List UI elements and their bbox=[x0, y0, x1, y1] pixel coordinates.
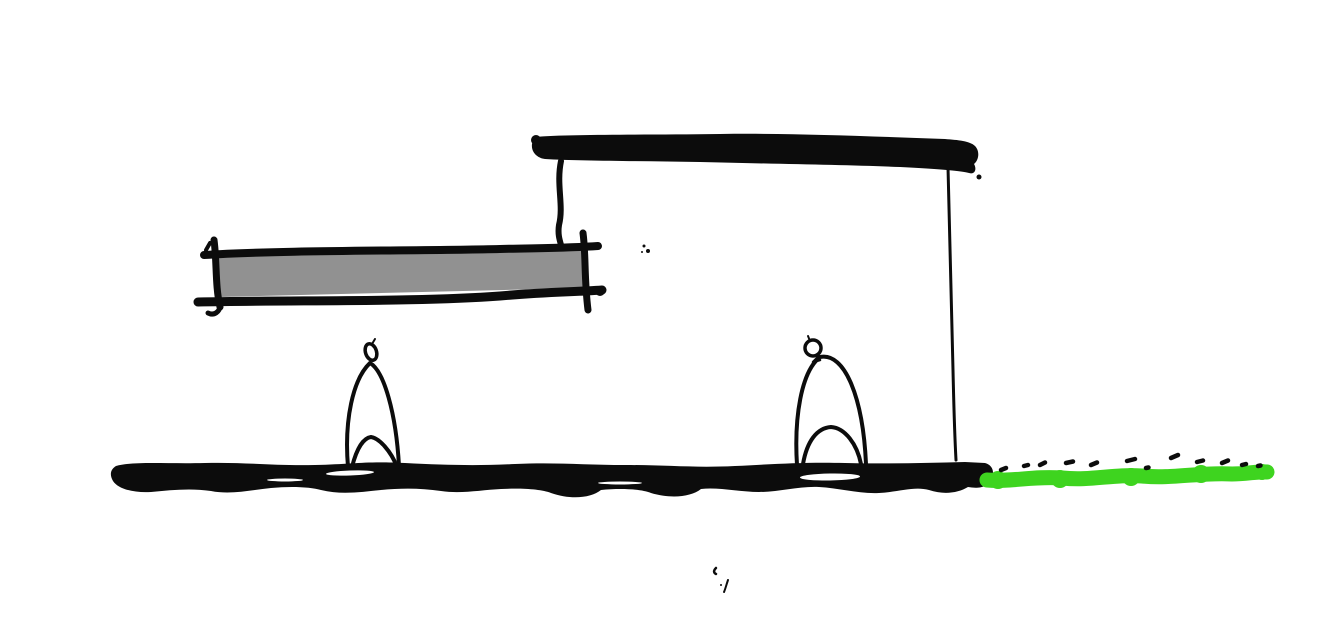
grass-line bbox=[987, 455, 1270, 489]
grass-tick bbox=[1258, 466, 1261, 467]
figure-left-hair-tick bbox=[372, 339, 375, 344]
ground-line bbox=[111, 462, 993, 497]
canopy-edge-left-hook bbox=[208, 305, 220, 314]
roof-right-drip bbox=[977, 175, 982, 180]
figure-left-body bbox=[347, 363, 399, 467]
ink-dot bbox=[720, 584, 722, 586]
grass-tick bbox=[1197, 461, 1203, 463]
grass-blob bbox=[1192, 465, 1210, 483]
figure-right-neck-scribble bbox=[813, 357, 820, 362]
grass-tick bbox=[1066, 462, 1073, 464]
figure-right-head bbox=[805, 340, 821, 356]
grass-tick bbox=[1091, 463, 1097, 466]
canopy-corner-blob bbox=[595, 286, 605, 296]
roof-slab bbox=[531, 134, 982, 180]
ink-speck-lower bbox=[714, 568, 728, 592]
canopy-edge-left bbox=[214, 240, 220, 307]
canopy-edge-top-tick bbox=[206, 243, 210, 250]
grass-tick bbox=[1171, 455, 1178, 458]
grass-tick bbox=[1127, 459, 1135, 461]
grass-tick bbox=[1242, 464, 1246, 465]
grass-tick bbox=[1001, 468, 1006, 470]
grass-blob bbox=[1122, 468, 1140, 486]
sketch-canvas bbox=[0, 0, 1323, 628]
right-column bbox=[948, 167, 956, 460]
ink-comma bbox=[714, 568, 716, 574]
roof-bar bbox=[532, 134, 978, 174]
grass-tick bbox=[1040, 463, 1045, 466]
ink-dot bbox=[641, 251, 643, 253]
sketch-drawing bbox=[0, 0, 1323, 628]
roof-left-nub bbox=[531, 135, 541, 145]
figure-left bbox=[347, 339, 399, 467]
grass-blob bbox=[1051, 470, 1069, 488]
grass-tick bbox=[1222, 461, 1228, 464]
canopy-edge-right bbox=[583, 233, 588, 310]
figure-right bbox=[796, 336, 866, 465]
left-column bbox=[559, 161, 563, 253]
ground-texture-gap bbox=[267, 479, 303, 482]
ink-dot bbox=[646, 249, 650, 253]
ink-dot bbox=[643, 245, 646, 248]
figure-left-head bbox=[363, 342, 379, 362]
grass-tick bbox=[1146, 468, 1149, 469]
grass-tick bbox=[1024, 465, 1028, 466]
grass-blob bbox=[989, 471, 1007, 489]
figure-right-legs bbox=[803, 427, 861, 464]
canopy-slab bbox=[198, 233, 605, 314]
ground-stroke bbox=[111, 462, 993, 497]
ink-speck-upper bbox=[641, 245, 650, 254]
ink-slash bbox=[724, 580, 728, 592]
ground-texture-gap bbox=[598, 482, 642, 485]
